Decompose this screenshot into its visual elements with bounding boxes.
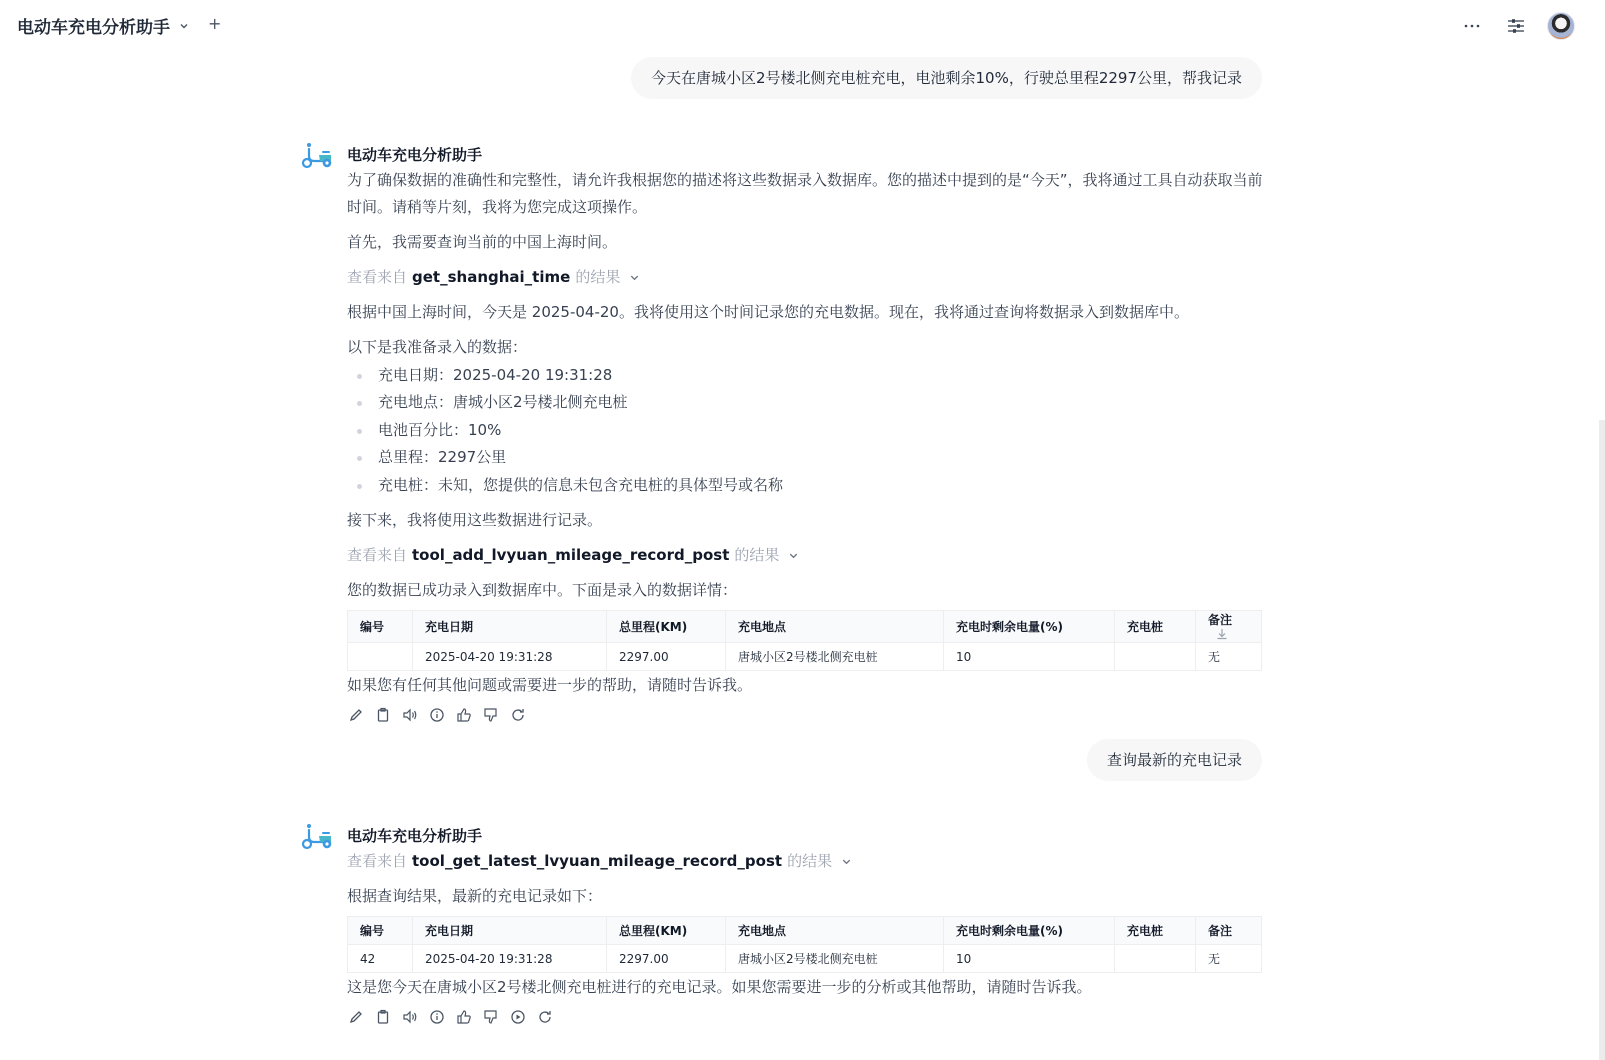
table-cell: 10 [944, 643, 1115, 671]
user-message-text: 今天在唐城小区2号楼北侧充电桩充电，电池剩余10%，行驶总里程2297公里，帮我… [651, 69, 1242, 87]
table-cell: 10 [944, 945, 1115, 973]
assistant-paragraph: 如果您有任何其他问题或需要进一步的帮助，请随时告诉我。 [347, 672, 1265, 699]
list-item: 电池百分比：10% [347, 417, 1265, 444]
more-options-button[interactable] [1459, 13, 1485, 39]
tool-result-prefix: 查看来自 [347, 848, 407, 875]
table-cell: 无 [1196, 643, 1262, 671]
tool-result-suffix: 的结果 [734, 542, 779, 569]
message-actions [347, 703, 1265, 727]
scooter-icon [300, 822, 334, 852]
column-header: 备注 [1196, 611, 1262, 643]
message-actions [347, 1005, 1265, 1029]
assistant-paragraph: 首先，我需要查询当前的中国上海时间。 [347, 229, 1265, 256]
column-header: 充电日期 [413, 917, 607, 945]
tool-result-toggle[interactable]: 查看来自 tool_get_latest_lvyuan_mileage_reco… [347, 848, 1265, 875]
table-cell: 2297.00 [607, 945, 726, 973]
column-header: 总里程(KM) [607, 611, 726, 643]
assistant-paragraph: 这是您今天在唐城小区2号楼北侧充电桩进行的充电记录。如果您需要进一步的分析或其他… [347, 974, 1265, 1001]
table-cell: 2297.00 [607, 643, 726, 671]
assistant-message: 电动车充电分析助手 为了确保数据的准确性和完整性，请允许我根据您的描述将这些数据… [300, 141, 1265, 727]
info-icon [429, 1009, 445, 1025]
tool-name: tool_get_latest_lvyuan_mileage_record_po… [412, 848, 782, 875]
tool-name: get_shanghai_time [412, 264, 570, 291]
assistant-name: 电动车充电分析助手 [347, 144, 1265, 166]
table-cell: 唐城小区2号楼北侧充电桩 [726, 945, 944, 973]
assistant-paragraph: 您的数据已成功录入到数据库中。下面是录入的数据详情： [347, 577, 1265, 604]
assistant-paragraph: 以下是我准备录入的数据： [347, 334, 1265, 361]
list-item: 充电桩：未知，您提供的信息未包含充电桩的具体型号或名称 [347, 472, 1265, 499]
assistant-message: 电动车充电分析助手 查看来自 tool_get_latest_lvyuan_mi… [300, 822, 1265, 1029]
table-cell [1115, 643, 1196, 671]
app-title: 电动车充电分析助手 [17, 13, 170, 38]
column-header: 充电时剩余电量(%) [944, 917, 1115, 945]
read-aloud-button[interactable] [401, 1009, 418, 1026]
scooter-icon [300, 141, 334, 171]
chevron-down-icon [841, 856, 852, 867]
regenerate-button[interactable] [509, 707, 526, 724]
table-cell: 42 [348, 945, 413, 973]
table-cell: 2025-04-20 19:31:28 [413, 945, 607, 973]
record-table: 编号 充电日期 总里程(KM) 充电地点 充电时剩余电量(%) 充电桩 备注 2… [347, 610, 1262, 671]
assistant-paragraph: 根据中国上海时间，今天是 2025-04-20。我将使用这个时间记录您的充电数据… [347, 299, 1265, 326]
thumbs-down-icon [483, 1009, 499, 1025]
list-item: 充电地点：唐城小区2号楼北侧充电桩 [347, 389, 1265, 416]
tool-result-suffix: 的结果 [787, 848, 832, 875]
regenerate-icon [537, 1009, 553, 1025]
column-header: 充电地点 [726, 611, 944, 643]
copy-button[interactable] [374, 1009, 391, 1026]
tool-result-toggle[interactable]: 查看来自 tool_add_lvyuan_mileage_record_post… [347, 542, 1265, 569]
column-header: 充电地点 [726, 917, 944, 945]
regenerate-icon [510, 707, 526, 723]
download-icon[interactable] [1216, 628, 1228, 640]
speaker-icon [402, 1009, 418, 1025]
column-header: 总里程(KM) [607, 917, 726, 945]
new-chat-button[interactable]: + [208, 14, 221, 33]
table-header-row: 编号 充电日期 总里程(KM) 充电地点 充电时剩余电量(%) 充电桩 备注 [348, 917, 1262, 945]
top-bar: 电动车充电分析助手 + [0, 0, 1605, 50]
edit-button[interactable] [347, 1009, 364, 1026]
column-header: 充电桩 [1115, 917, 1196, 945]
column-header: 备注 [1196, 917, 1262, 945]
table-cell [1115, 945, 1196, 973]
assistant-paragraph: 根据查询结果，最新的充电记录如下： [347, 883, 1265, 910]
chevron-down-icon [788, 550, 799, 561]
copy-icon [375, 707, 391, 723]
speaker-icon [402, 707, 418, 723]
info-button[interactable] [428, 707, 445, 724]
thumbs-down-icon [483, 707, 499, 723]
sliders-icon [1507, 18, 1525, 34]
edit-button[interactable] [347, 707, 364, 724]
thumbs-up-icon [456, 707, 472, 723]
user-message-text: 查询最新的充电记录 [1107, 751, 1242, 769]
table-row: 42 2025-04-20 19:31:28 2297.00 唐城小区2号楼北侧… [348, 945, 1262, 973]
assistant-paragraph: 接下来，我将使用这些数据进行记录。 [347, 507, 1265, 534]
info-icon [429, 707, 445, 723]
data-list: 充电日期：2025-04-20 19:31:28 充电地点：唐城小区2号楼北侧充… [347, 362, 1265, 499]
assistant-name: 电动车充电分析助手 [347, 825, 1265, 847]
table-cell: 2025-04-20 19:31:28 [413, 643, 607, 671]
chevron-down-icon [178, 20, 190, 32]
user-message: 查询最新的充电记录 [1087, 739, 1262, 781]
thumbs-down-button[interactable] [482, 1009, 499, 1026]
model-selector[interactable]: 电动车充电分析助手 [17, 13, 190, 38]
scrollbar[interactable] [1599, 420, 1605, 1060]
table-header-row: 编号 充电日期 总里程(KM) 充电地点 充电时剩余电量(%) 充电桩 备注 [348, 611, 1262, 643]
column-header-label: 备注 [1208, 613, 1232, 627]
edit-icon [348, 707, 364, 723]
read-aloud-button[interactable] [401, 707, 418, 724]
thumbs-down-button[interactable] [482, 707, 499, 724]
assistant-paragraph: 为了确保数据的准确性和完整性，请允许我根据您的描述将这些数据录入数据库。您的描述… [347, 167, 1265, 221]
table-cell: 无 [1196, 945, 1262, 973]
column-header: 充电日期 [413, 611, 607, 643]
table-cell: 唐城小区2号楼北侧充电桩 [726, 643, 944, 671]
tool-result-prefix: 查看来自 [347, 264, 407, 291]
record-table: 编号 充电日期 总里程(KM) 充电地点 充电时剩余电量(%) 充电桩 备注 4… [347, 916, 1262, 973]
controls-button[interactable] [1503, 13, 1529, 39]
copy-button[interactable] [374, 707, 391, 724]
list-item: 总里程：2297公里 [347, 444, 1265, 471]
chevron-down-icon [629, 272, 640, 283]
thumbs-up-icon [456, 1009, 472, 1025]
list-item: 充电日期：2025-04-20 19:31:28 [347, 362, 1265, 389]
column-header: 编号 [348, 917, 413, 945]
column-header: 编号 [348, 611, 413, 643]
column-header: 充电桩 [1115, 611, 1196, 643]
user-avatar[interactable] [1547, 12, 1575, 40]
user-message: 今天在唐城小区2号楼北侧充电桩充电，电池剩余10%，行驶总里程2297公里，帮我… [631, 57, 1262, 99]
info-button[interactable] [428, 1009, 445, 1026]
tool-result-toggle[interactable]: 查看来自 get_shanghai_time 的结果 [347, 264, 1265, 291]
regenerate-button[interactable] [536, 1009, 553, 1026]
tool-name: tool_add_lvyuan_mileage_record_post [412, 542, 729, 569]
thumbs-up-button[interactable] [455, 707, 472, 724]
continue-button[interactable] [509, 1009, 526, 1026]
ellipsis-icon [1464, 24, 1480, 28]
edit-icon [348, 1009, 364, 1025]
thumbs-up-button[interactable] [455, 1009, 472, 1026]
copy-icon [375, 1009, 391, 1025]
tool-result-prefix: 查看来自 [347, 542, 407, 569]
column-header: 充电时剩余电量(%) [944, 611, 1115, 643]
table-cell [348, 643, 413, 671]
play-icon [510, 1009, 526, 1025]
tool-result-suffix: 的结果 [575, 264, 620, 291]
table-row: 2025-04-20 19:31:28 2297.00 唐城小区2号楼北侧充电桩… [348, 643, 1262, 671]
